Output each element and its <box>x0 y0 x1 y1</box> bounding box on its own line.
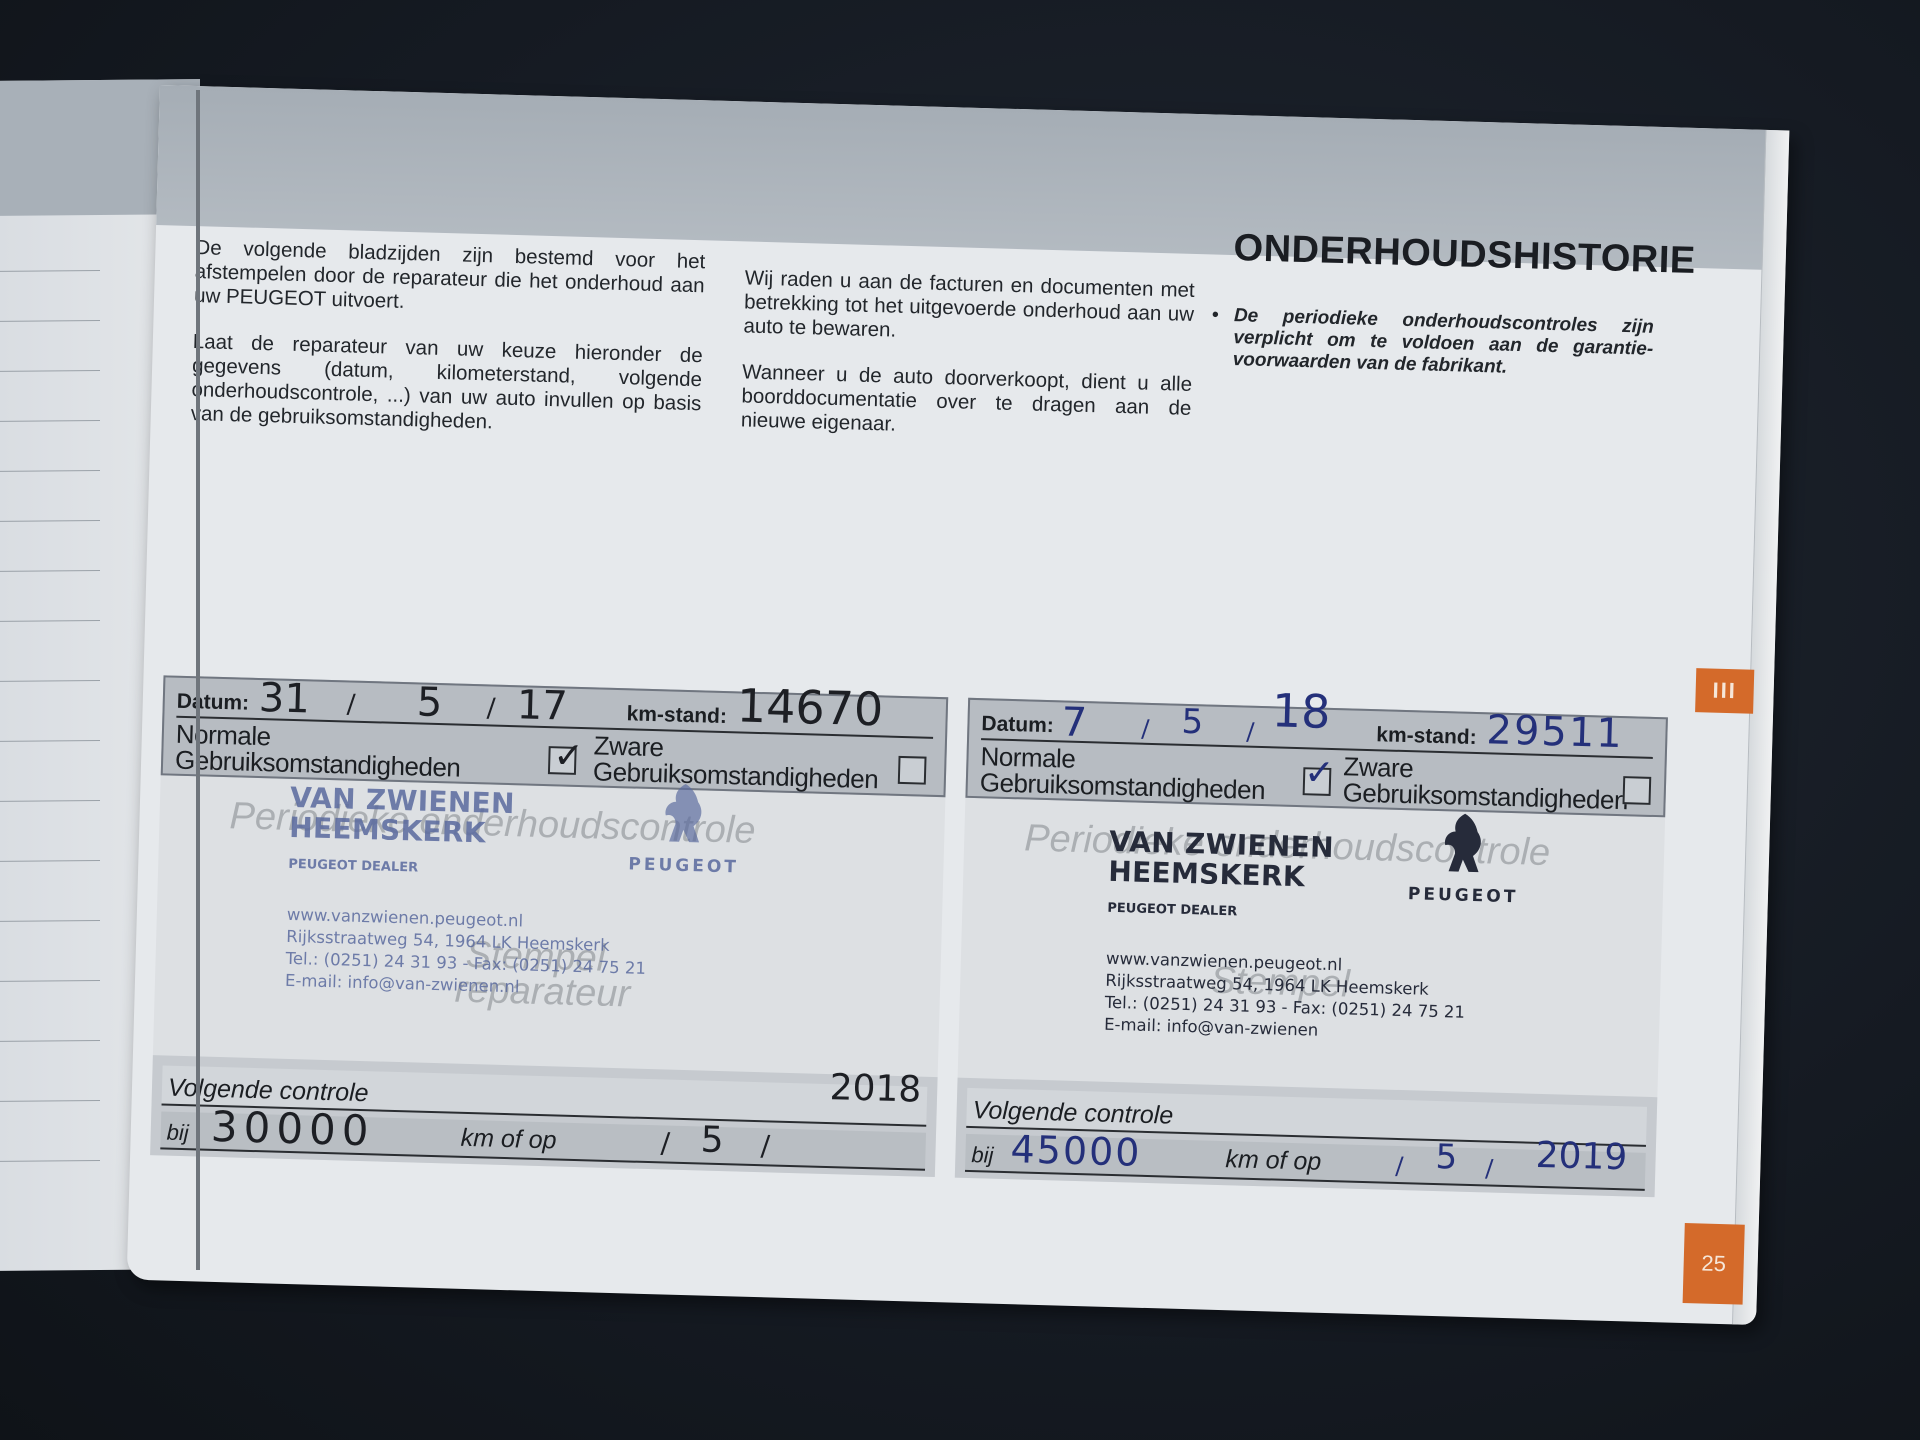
maintenance-history-page: ONDERHOUDSHISTORIE De volgende bladzijde… <box>127 85 1790 1325</box>
datum-label: Datum: <box>981 712 1054 738</box>
date-separator: / <box>486 688 496 728</box>
peugeot-brand: PEUGEOT <box>628 778 741 877</box>
ruled-line <box>0 1160 100 1162</box>
date-separator: / <box>1246 712 1255 752</box>
service-entry-1: Datum: 31 / 5 / 17 km-stand: 14670 Norma… <box>150 675 948 1177</box>
normale-label-2: Gebruiksomstandigheden <box>979 768 1265 804</box>
peugeot-wordmark: PEUGEOT <box>628 854 739 877</box>
volgende-controle-label: Volgende controle <box>972 1096 1173 1131</box>
datum-day-value[interactable]: 31 <box>258 678 310 719</box>
check-mark-icon: ✓ <box>1304 755 1335 792</box>
zware-checkbox[interactable] <box>1622 776 1651 805</box>
next-year-value[interactable]: 2018 <box>829 1068 922 1111</box>
ruled-line <box>0 470 100 472</box>
datum-year-value[interactable]: 18 <box>1271 690 1331 732</box>
ruled-line <box>0 520 100 522</box>
service-entry-header: Datum: 7 / 5 / 18 km-stand: 29511 Normal… <box>965 698 1668 818</box>
zware-label-2: Gebruiksomstandigheden <box>1342 778 1628 814</box>
ruled-line <box>0 620 100 622</box>
ruled-line <box>0 420 100 422</box>
warranty-note: • De periodieke onderhoudscontroles zijn… <box>1232 305 1654 383</box>
datum-month-value[interactable]: 5 <box>416 682 443 723</box>
next-month-value[interactable]: 5 <box>1435 1137 1458 1178</box>
datum-month-value[interactable]: 5 <box>1181 702 1204 743</box>
ruled-line <box>0 740 100 742</box>
ruled-line <box>0 370 100 372</box>
bij-label: bij <box>166 1120 189 1147</box>
km-stand-label: km-stand: <box>626 702 727 729</box>
ruled-line <box>0 800 100 802</box>
ruled-line <box>0 1040 100 1042</box>
ruled-line <box>0 980 100 982</box>
date-separator: / <box>1395 1146 1404 1186</box>
ruled-line <box>0 1100 100 1102</box>
date-separator: / <box>760 1126 771 1166</box>
datum-row: Datum: 31 / 5 / 17 km-stand: 14670 <box>176 684 934 739</box>
next-service-km-row: bij 45000 km of op / 5 / 2019 <box>965 1134 1646 1191</box>
peugeot-lion-icon <box>649 779 721 851</box>
section-tab[interactable]: III <box>1695 668 1754 714</box>
bullet-icon: • <box>1212 304 1219 326</box>
next-service-band: Volgende controle 2018 bij 30000 km of o… <box>150 1055 937 1177</box>
km-of-op-label: km of op <box>1225 1145 1322 1177</box>
page-edge <box>1732 130 1789 1325</box>
peugeot-lion-icon <box>1429 809 1501 881</box>
next-service-band: Volgende controle bij 45000 km of op / 5… <box>955 1078 1658 1198</box>
next-year-value[interactable]: 2019 <box>1535 1136 1628 1179</box>
km-stand-label: km-stand: <box>1376 723 1477 750</box>
date-separator: / <box>1485 1148 1494 1188</box>
ruled-line <box>0 570 100 572</box>
book-spine <box>196 90 200 1270</box>
service-entry-2: Datum: 7 / 5 / 18 km-stand: 29511 Normal… <box>955 698 1668 1197</box>
intro-paragraph: Laat de reparateur van uw keuze hieronde… <box>190 330 702 440</box>
intro-paragraph: Wanneer u de auto doorverkoopt, dient u … <box>741 360 1193 445</box>
page-number: 25 <box>1683 1223 1745 1305</box>
km-of-op-label: km of op <box>460 1124 557 1156</box>
dealer-subtitle: PEUGEOT DEALER <box>288 857 649 882</box>
km-stand-value[interactable]: 14670 <box>736 685 883 729</box>
km-stand-value[interactable]: 29511 <box>1486 710 1624 754</box>
service-entry-header: Datum: 31 / 5 / 17 km-stand: 14670 Norma… <box>161 675 948 797</box>
ruled-line <box>0 920 100 922</box>
next-km-value[interactable]: 30000 <box>210 1107 375 1152</box>
ruled-line <box>0 680 100 682</box>
warranty-note-text: De periodieke onderhoudscontroles zijn v… <box>1232 305 1654 378</box>
check-mark-icon: ✓ <box>553 738 584 775</box>
datum-row: Datum: 7 / 5 / 18 km-stand: 29511 <box>981 706 1654 759</box>
normale-label-2: Gebruiksomstandigheden <box>175 746 461 782</box>
peugeot-brand: PEUGEOT <box>1408 808 1521 907</box>
date-separator: / <box>660 1123 671 1163</box>
dealer-subtitle: PEUGEOT DEALER <box>1107 901 1468 926</box>
date-separator: / <box>346 684 356 724</box>
ruled-line <box>0 860 100 862</box>
datum-day-value[interactable]: 7 <box>1061 702 1088 743</box>
intro-paragraph: De volgende bladzijden zijn bestemd voor… <box>194 236 706 322</box>
next-month-value[interactable]: 5 <box>700 1121 724 1162</box>
dealer-stamp: VAN ZWIENEN HEEMSKERK PEUGEOT DEALER www… <box>285 783 651 1002</box>
ruled-line <box>0 270 100 272</box>
datum-label: Datum: <box>176 690 249 716</box>
datum-year-value[interactable]: 17 <box>516 685 568 726</box>
date-separator: / <box>1141 709 1150 749</box>
next-km-value[interactable]: 45000 <box>1010 1129 1142 1173</box>
peugeot-wordmark: PEUGEOT <box>1408 884 1519 907</box>
intro-paragraph: Wij raden u aan de facturen en documente… <box>743 266 1195 351</box>
intro-column-2: Wij raden u aan de facturen en documente… <box>740 266 1195 466</box>
zware-checkbox[interactable] <box>898 756 927 785</box>
bij-label: bij <box>971 1142 994 1169</box>
ruled-line <box>0 320 100 322</box>
intro-column-1: De volgende bladzijden zijn bestemd voor… <box>190 236 706 462</box>
